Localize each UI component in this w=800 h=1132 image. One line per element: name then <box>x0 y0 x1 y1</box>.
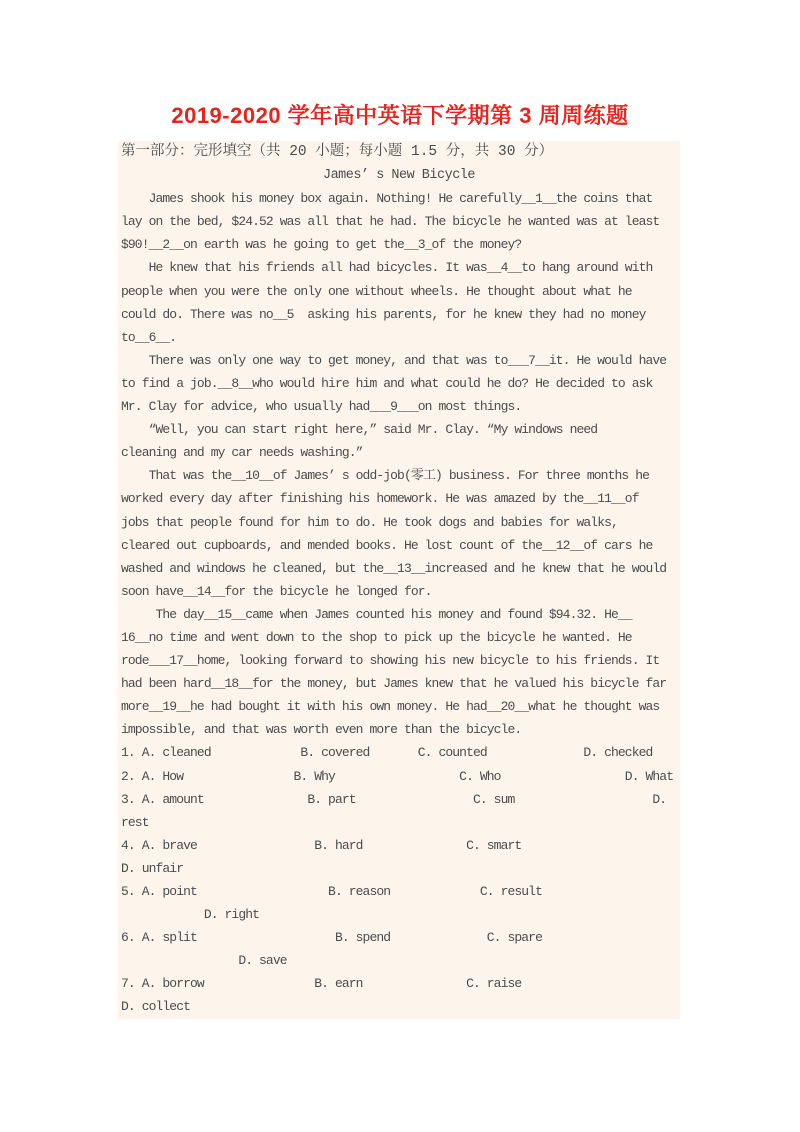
option-line: 6. A. split B. spend C. spare <box>121 926 677 949</box>
passage-line: The day__15__came when James counted his… <box>121 603 677 626</box>
option-line: 3. A. amount B. part C. sum D. <box>121 788 677 811</box>
passage-line: “Well, you can start right here,” said M… <box>121 418 677 441</box>
passage-line: cleaning and my car needs washing.” <box>121 441 677 464</box>
passage-line: cleared out cupboards, and mended books.… <box>121 534 677 557</box>
section-header: 第一部分：完形填空（共 20 小题；每小题 1.5 分，共 30 分） <box>121 141 677 164</box>
option-line: 5. A. point B. reason C. result <box>121 880 677 903</box>
passage-line: had been hard__18__for the money, but Ja… <box>121 672 677 695</box>
passage-line: soon have__14__for the bicycle he longed… <box>121 580 677 603</box>
option-line: D. save <box>121 949 677 972</box>
option-line: 2. A. How B. Why C. Who D. What <box>121 765 677 788</box>
passage-line: He knew that his friends all had bicycle… <box>121 256 677 279</box>
passage-line: 16__no time and went down to the shop to… <box>121 626 677 649</box>
passage-line: James shook his money box again. Nothing… <box>121 187 677 210</box>
passage-line: more__19__he had bought it with his own … <box>121 695 677 718</box>
passage-line: Mr. Clay for advice, who usually had___9… <box>121 395 677 418</box>
option-line: D. collect <box>121 995 677 1018</box>
passage-title: James’ s New Bicycle <box>121 164 677 187</box>
passage-line: rode___17__home, looking forward to show… <box>121 649 677 672</box>
option-line: rest <box>121 811 677 834</box>
exam-page: 2019-2020 学年高中英语下学期第 3 周周练题 第一部分：完形填空（共 … <box>0 0 800 1132</box>
passage-line: impossible, and that was worth even more… <box>121 718 677 741</box>
passage-line: to__6__. <box>121 326 677 349</box>
page-title: 2019-2020 学年高中英语下学期第 3 周周练题 <box>0 101 800 131</box>
option-line: 1. A. cleaned B. covered C. counted D. c… <box>121 741 677 764</box>
option-line: D. right <box>121 903 677 926</box>
passage-line: That was the__10__of James’ s odd-job(零工… <box>121 464 677 487</box>
passage-line: lay on the bed, $24.52 was all that he h… <box>121 210 677 233</box>
passage-line: washed and windows he cleaned, but the__… <box>121 557 677 580</box>
passage-line: There was only one way to get money, and… <box>121 349 677 372</box>
option-line: 4. A. brave B. hard C. smart <box>121 834 677 857</box>
passage-line: jobs that people found for him to do. He… <box>121 511 677 534</box>
passage-panel: 第一部分：完形填空（共 20 小题；每小题 1.5 分，共 30 分） Jame… <box>118 141 680 1019</box>
passage-line: to find a job.__8__who would hire him an… <box>121 372 677 395</box>
passage-body: James shook his money box again. Nothing… <box>121 187 677 741</box>
option-line: D. unfair <box>121 857 677 880</box>
options-list: 1. A. cleaned B. covered C. counted D. c… <box>121 741 677 1018</box>
option-line: 7. A. borrow B. earn C. raise <box>121 972 677 995</box>
passage-line: people when you were the only one withou… <box>121 280 677 303</box>
passage-line: could do. There was no__5 asking his par… <box>121 303 677 326</box>
passage-line: $90!__2__on earth was he going to get th… <box>121 233 677 256</box>
passage-line: worked every day after finishing his hom… <box>121 487 677 510</box>
